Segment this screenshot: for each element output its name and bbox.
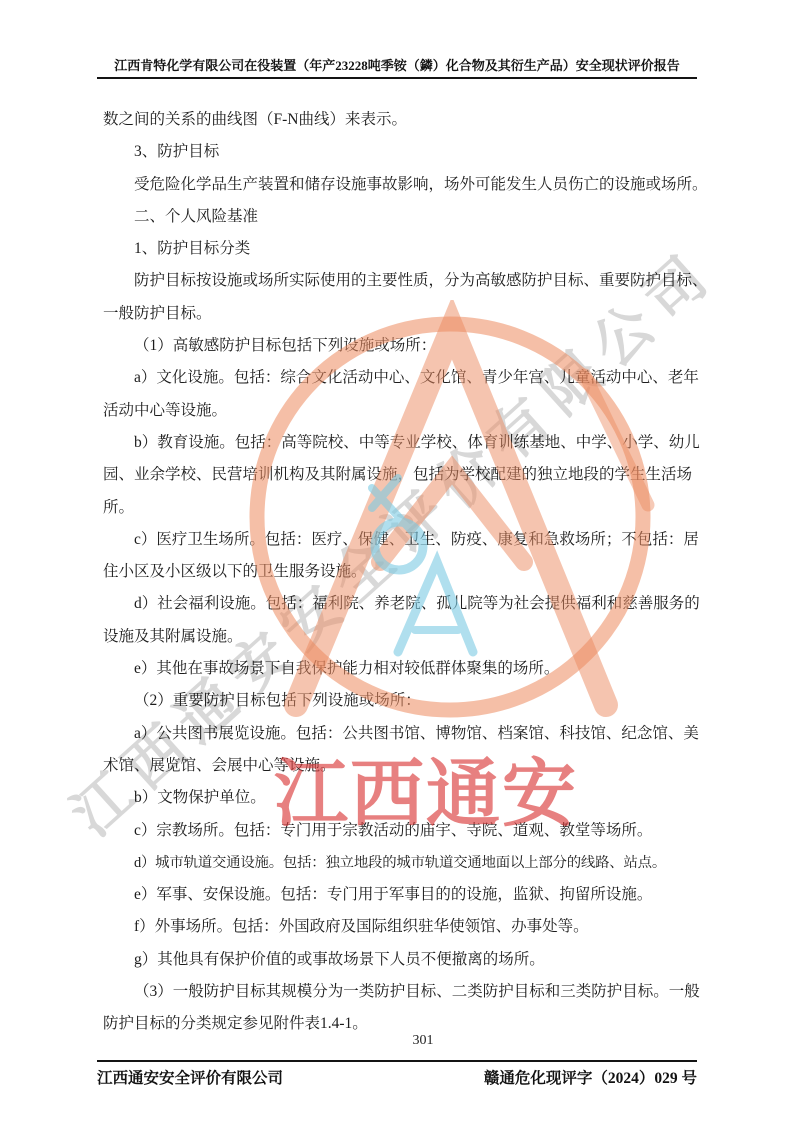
body-line: （1）高敏感防护目标包括下列设施或场所：	[103, 330, 697, 362]
footer-company: 江西通安安全评价有限公司	[97, 1066, 283, 1088]
page-header-title: 江西肯特化学有限公司在役装置（年产23228吨季铵（鏻）化合物及其衍生产品）安全…	[80, 55, 714, 74]
body-line: a）文化设施。包括：综合文化活动中心、文化馆、青少年宫、儿童活动中心、老年	[103, 362, 697, 394]
body-line: d）社会福利设施。包括：福利院、养老院、孤儿院等为社会提供福利和慈善服务的	[103, 588, 697, 620]
body-line: b）文物保护单位。	[103, 782, 697, 814]
body-lines: 数之间的关系的曲线图（F-N曲线）来表示。3、防护目标受危险化学品生产装置和储存…	[103, 104, 697, 1041]
body-line: 二、个人风险基准	[103, 201, 697, 233]
body-line: b）教育设施。包括：高等院校、中等专业学校、体育训练基地、中学、小学、幼儿	[103, 427, 697, 459]
body-line: 设施及其附属设施。	[103, 621, 697, 653]
body-line: 所。	[103, 492, 697, 524]
footer-doc-number: 赣通危化现评字（2024）029 号	[484, 1066, 697, 1088]
document-page: 江西通安安全评价有限公司 江西肯特化学有限公司在役装置（年产23228吨季铵（鏻…	[0, 0, 794, 1123]
body-line: e）军事、安保设施。包括：专门用于军事目的的设施，监狱、拘留所设施。	[103, 879, 697, 911]
body-line: 活动中心等设施。	[103, 395, 697, 427]
body-line: d）城市轨道交通设施。包括：独立地段的城市轨道交通地面以上部分的线路、站点。	[103, 847, 697, 879]
footer-rule	[97, 1060, 697, 1062]
body-line: （2）重要防护目标包括下列设施或场所：	[103, 685, 697, 717]
footer-row: 江西通安安全评价有限公司 赣通危化现评字（2024）029 号	[97, 1066, 697, 1088]
body-line: c）宗教场所。包括：专门用于宗教活动的庙宇、寺院、道观、教堂等场所。	[103, 815, 697, 847]
body-line: 园、业余学校、民营培训机构及其附属设施，包括为学校配建的独立地段的学生生活场	[103, 459, 697, 491]
body-line: 术馆、展览馆、会展中心等设施。	[103, 750, 697, 782]
body-line: 一般防护目标。	[103, 298, 697, 330]
body-line: 1、防护目标分类	[103, 233, 697, 265]
body-line: c）医疗卫生场所。包括：医疗、保健、卫生、防疫、康复和急救场所；不包括：居	[103, 524, 697, 556]
body-line: （3）一般防护目标其规模分为一类防护目标、二类防护目标和三类防护目标。一般	[103, 976, 697, 1008]
body-line: g）其他具有保护价值的或事故场景下人员不便撤离的场所。	[103, 944, 697, 976]
body-line: 3、防护目标	[103, 136, 697, 168]
page-number: 301	[103, 1033, 743, 1049]
body-line: 防护目标按设施或场所实际使用的主要性质，分为高敏感防护目标、重要防护目标、	[103, 265, 697, 297]
body-line: 受危险化学品生产装置和储存设施事故影响，场外可能发生人员伤亡的设施或场所。	[103, 169, 697, 201]
body-line: a）公共图书展览设施。包括：公共图书馆、博物馆、档案馆、科技馆、纪念馆、美	[103, 718, 697, 750]
body-line: f）外事场所。包括：外国政府及国际组织驻华使领馆、办事处等。	[103, 911, 697, 943]
body-line: 数之间的关系的曲线图（F-N曲线）来表示。	[103, 104, 697, 136]
body-line: e）其他在事故场景下自我保护能力相对较低群体聚集的场所。	[103, 653, 697, 685]
header-rule	[97, 77, 697, 79]
body-line: 住小区及小区级以下的卫生服务设施。	[103, 556, 697, 588]
